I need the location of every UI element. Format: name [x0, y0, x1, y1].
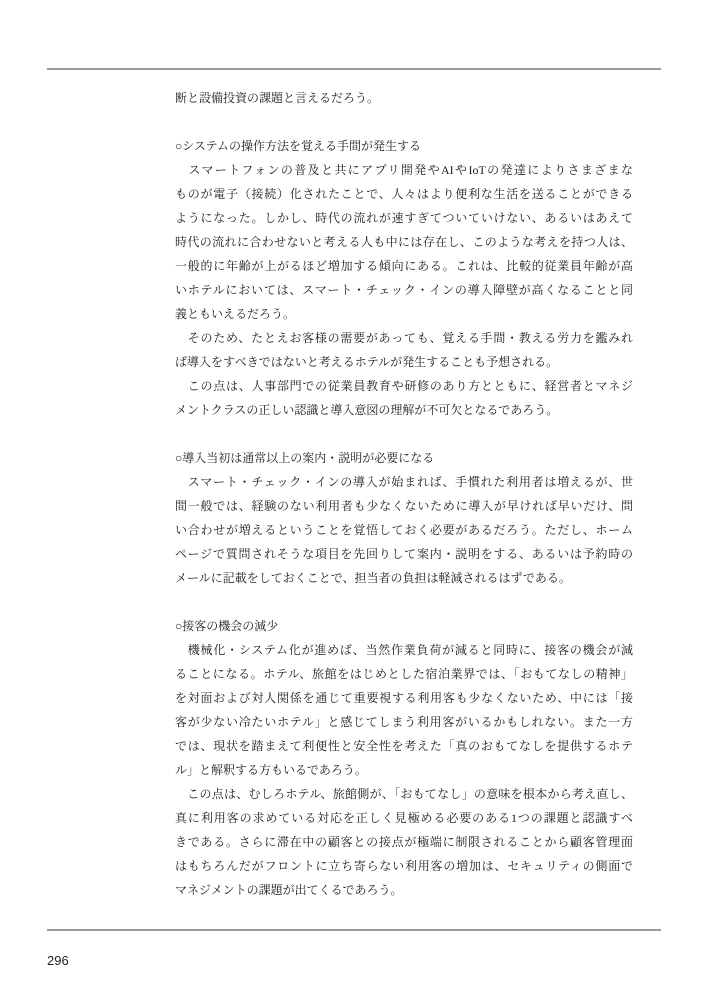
paragraph: 機械化・システム化が進めば、当然作業負荷が減ると同時に、接客の機会が減ることにな…: [175, 638, 633, 782]
blank-line: [175, 422, 633, 446]
section-heading: ○システムの操作方法を覚える手間が発生する: [175, 134, 633, 158]
paragraph: スマート・チェック・インの導入が始まれば、手慣れた利用者は増えるが、世間一般では…: [175, 470, 633, 590]
paragraph: そのため、たとえお客様の需要があっても、覚える手間・教える労力を鑑みれば導入をす…: [175, 326, 633, 374]
text-line: メールに記載をしておくことで、担当者の負担は軽減されるはずである。: [175, 566, 633, 590]
text-line: マネジメントの課題が出てくるであろう。: [175, 878, 633, 902]
text-line: を対面および対人関係を通じて重要視する利用客も少なくないため、中には「接: [175, 686, 633, 710]
text-line: 時代の流れに合わせないと考える人も中には存在し、このような考えを持つ人は、: [175, 230, 633, 254]
text-line: では、現状を踏まえて利便性と安全性を考えた「真のおもてなしを提供するホテ: [175, 734, 633, 758]
top-rule: [47, 68, 661, 70]
book-page: 断と設備投資の課題と言えるだろう。○システムの操作方法を覚える手間が発生する ス…: [0, 0, 708, 1000]
text-line: きである。さらに滞在中の顧客との接点が極端に制限されることから顧客管理面: [175, 830, 633, 854]
paragraph: 断と設備投資の課題と言えるだろう。: [175, 86, 633, 110]
page-number: 296: [47, 953, 69, 968]
text-line: 義ともいえるだろう。: [175, 302, 633, 326]
paragraph: この点は、むしろホテル、旅館側が、「おもてなし」の意味を根本から考え直し、真に利…: [175, 782, 633, 902]
text-line: ることになる。ホテル、旅館をはじめとした宿泊業界では、「おもてなしの精神」: [175, 662, 633, 686]
text-line: 客が少ない冷たいホテル」と感じてしまう利用客がいるかもしれない。また一方: [175, 710, 633, 734]
blank-line: [175, 110, 633, 134]
text-line: い合わせが増えるということを覚悟しておく必要があるだろう。ただし、ホーム: [175, 518, 633, 542]
paragraph: この点は、人事部門での従業員教育や研修のあり方とともに、経営者とマネジメントクラ…: [175, 374, 633, 422]
page-body: 断と設備投資の課題と言えるだろう。○システムの操作方法を覚える手間が発生する ス…: [175, 86, 633, 902]
blank-line: [175, 590, 633, 614]
text-line: スマートフォンの普及と共にアプリ開発やAIやIoTの発達によりさまざまな: [175, 158, 633, 182]
text-line: この点は、むしろホテル、旅館側が、「おもてなし」の意味を根本から考え直し、: [175, 782, 633, 806]
text-line: ページで質問されそうな項目を先回りして案内・説明をする、あるいは予約時の: [175, 542, 633, 566]
text-line: メントクラスの正しい認識と導入意図の理解が不可欠となるであろう。: [175, 398, 633, 422]
section-heading: ○接客の機会の減少: [175, 614, 633, 638]
text-line: ようになった。しかし、時代の流れが速すぎてついていけない、あるいはあえて: [175, 206, 633, 230]
text-line: スマート・チェック・インの導入が始まれば、手慣れた利用者は増えるが、世: [175, 470, 633, 494]
section-heading: ○導入当初は通常以上の案内・説明が必要になる: [175, 446, 633, 470]
text-line: そのため、たとえお客様の需要があっても、覚える手間・教える労力を鑑みれ: [175, 326, 633, 350]
text-line: 機械化・システム化が進めば、当然作業負荷が減ると同時に、接客の機会が減: [175, 638, 633, 662]
bottom-rule: [47, 929, 661, 931]
text-line: 真に利用客の求めている対応を正しく見極める必要のある1つの課題と認識すべ: [175, 806, 633, 830]
text-line: はもちろんだがフロントに立ち寄らない利用客の増加は、セキュリティの側面で: [175, 854, 633, 878]
text-line: 間一般では、経験のない利用者も少なくないために導入が早ければ早いだけ、問: [175, 494, 633, 518]
text-line: ル」と解釈する方もいるであろう。: [175, 758, 633, 782]
text-line: いホテルにおいては、スマート・チェック・インの導入障壁が高くなることと同: [175, 278, 633, 302]
text-line: ものが電子（接続）化されたことで、人々はより便利な生活を送ることができる: [175, 182, 633, 206]
text-line: この点は、人事部門での従業員教育や研修のあり方とともに、経営者とマネジ: [175, 374, 633, 398]
text-line: 一般的に年齢が上がるほど増加する傾向にある。これは、比較的従業員年齢が高: [175, 254, 633, 278]
text-line: 断と設備投資の課題と言えるだろう。: [175, 86, 633, 110]
text-line: ば導入をすべきではないと考えるホテルが発生することも予想される。: [175, 350, 633, 374]
paragraph: スマートフォンの普及と共にアプリ開発やAIやIoTの発達によりさまざまなものが電…: [175, 158, 633, 326]
